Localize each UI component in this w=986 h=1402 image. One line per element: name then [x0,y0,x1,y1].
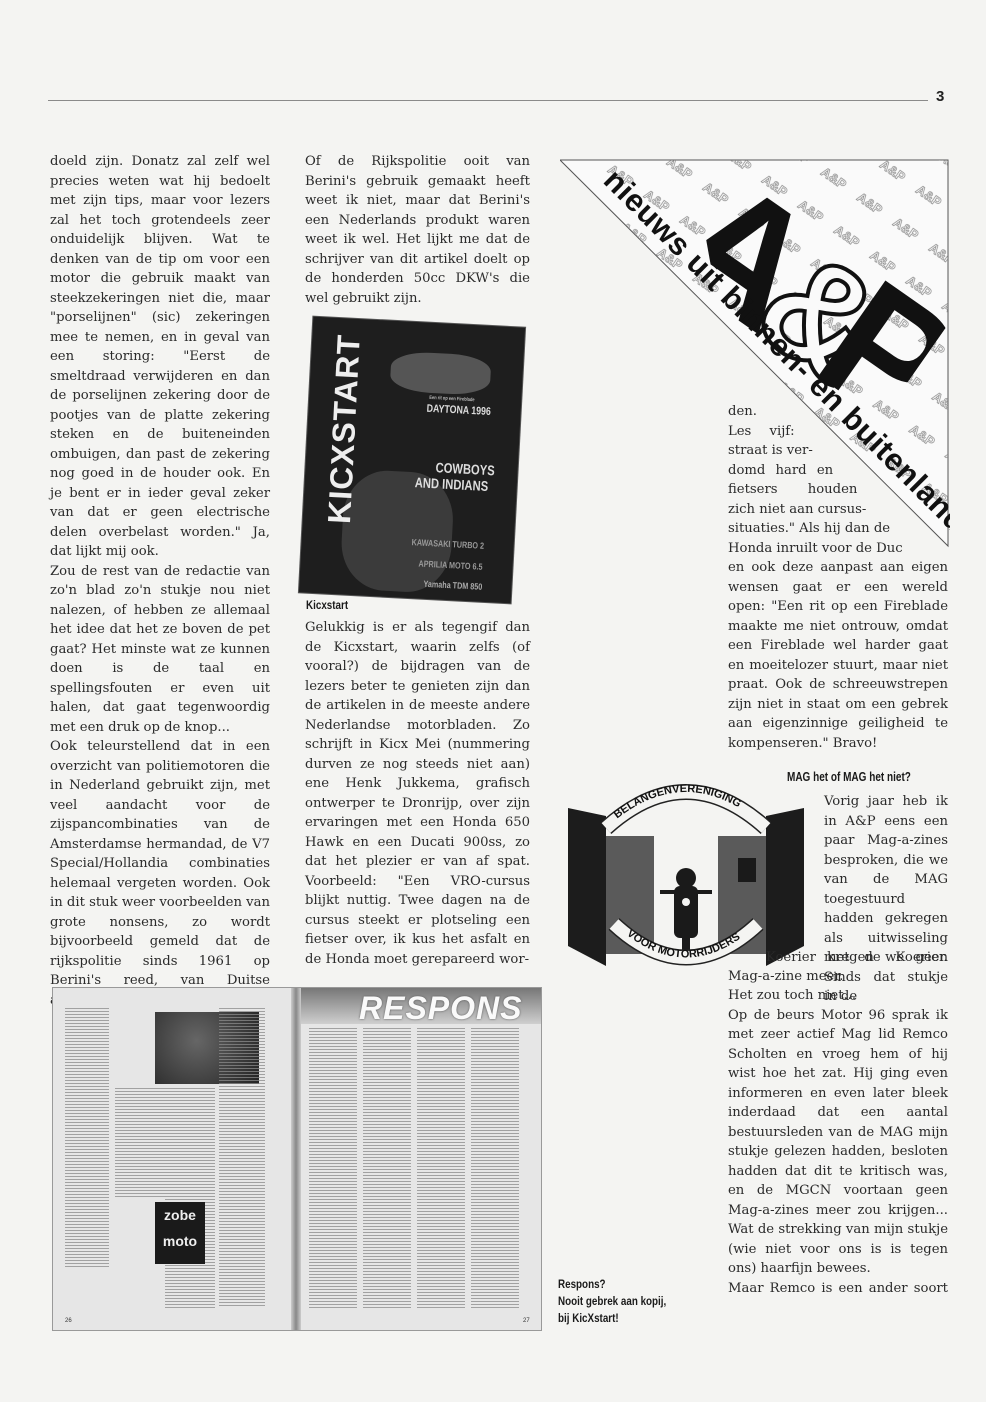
mag-text-wide-1: Koerier kregen we geen [766,948,948,968]
text-line: Koerier kregen we geen [766,948,948,968]
text-line: domd hard en [728,461,948,481]
header-rule [48,100,928,101]
spread-page-right: 27 [523,1318,530,1324]
spread-page-left: 26 [65,1318,72,1324]
respons-caption: Respons? Nooit gebrek aan kopij, bij Kic… [558,1276,666,1327]
text-block [219,1008,265,1308]
mag-logo: BELANGENVERENIGING VOOR MOTORRIJDERS [566,766,806,976]
text-line: Mag-a-zine meer. [728,967,948,987]
text-line: straat is ver- [728,441,948,461]
text-block [471,1028,519,1308]
respons-spread-image: RESPONS zobe moto 26 27 [52,987,542,1331]
column-3-top: den. Les vijf: straat is ver- domd hard … [728,402,948,753]
mag-text-wide-2: Mag-a-zine meer. [728,967,948,987]
caption-line: Nooit gebrek aan kopij, [558,1293,666,1310]
zobe-moto-logo: zobe moto [155,1202,205,1264]
paragraph: en ook deze aanpast aan eigen wensen gaa… [728,558,948,753]
column-2-intro: Of de Rijkspolitie ooit van Berini's geb… [305,152,530,308]
text-block [309,1028,357,1308]
text-line: Les vijf: [728,422,948,442]
text-block [165,1088,215,1308]
cover-line-yamaha: Yamaha TDM 850 [423,579,482,592]
text-block [115,1088,165,1198]
paragraph: Op de beurs Motor 96 sprak ik met zeer a… [728,1006,948,1279]
cover-small-line: Een rit op een Fireblade [429,395,475,403]
text-block [65,1008,109,1268]
caption-line: bij KicXstart! [558,1310,666,1327]
respons-title: RESPONS [359,990,522,1027]
paragraph: Of de Rijkspolitie ooit van Berini's geb… [305,152,530,308]
column-2-body: Gelukkig is er als tegengif dan de Kicxs… [305,618,530,969]
text-line: zich niet aan cursus- [728,500,948,520]
column-1: doeld zijn. Donatz zal zelf wel precies … [50,152,270,1010]
text-block [417,1028,465,1308]
page-number: 3 [936,88,944,105]
paragraph: Gelukkig is er als tegengif dan de Kicxs… [305,618,530,969]
text-line: Honda inruilt voor de Duc [728,539,948,559]
kickstart-caption: Kicxstart [306,597,348,614]
paragraph: doeld zijn. Donatz zal zelf wel precies … [50,152,270,562]
paragraph: Maar Remco is een ander soort [728,1279,948,1299]
spread-gutter [291,988,301,1330]
cover-rider-photo [390,351,492,396]
text-line: den. [728,402,948,422]
text-line: fietsers houden [728,480,948,500]
cover-headline-daytona: DAYTONA 1996 [426,403,491,418]
paragraph: Zou de rest van de redactie van zo'n bla… [50,562,270,738]
paragraph: Ook teleurstellend dat in een overzicht … [50,737,270,1010]
column-3-bottom: Het zou toch niet... Op de beurs Motor 9… [728,986,948,1298]
caption-line: Respons? [558,1276,666,1293]
kickstart-cover-image: KICXSTART Een rit op een Fireblade DAYTO… [299,317,525,604]
paragraph: Het zou toch niet... [728,986,948,1006]
text-line: situaties." Als hij dan de [728,519,948,539]
text-block [363,1028,411,1308]
